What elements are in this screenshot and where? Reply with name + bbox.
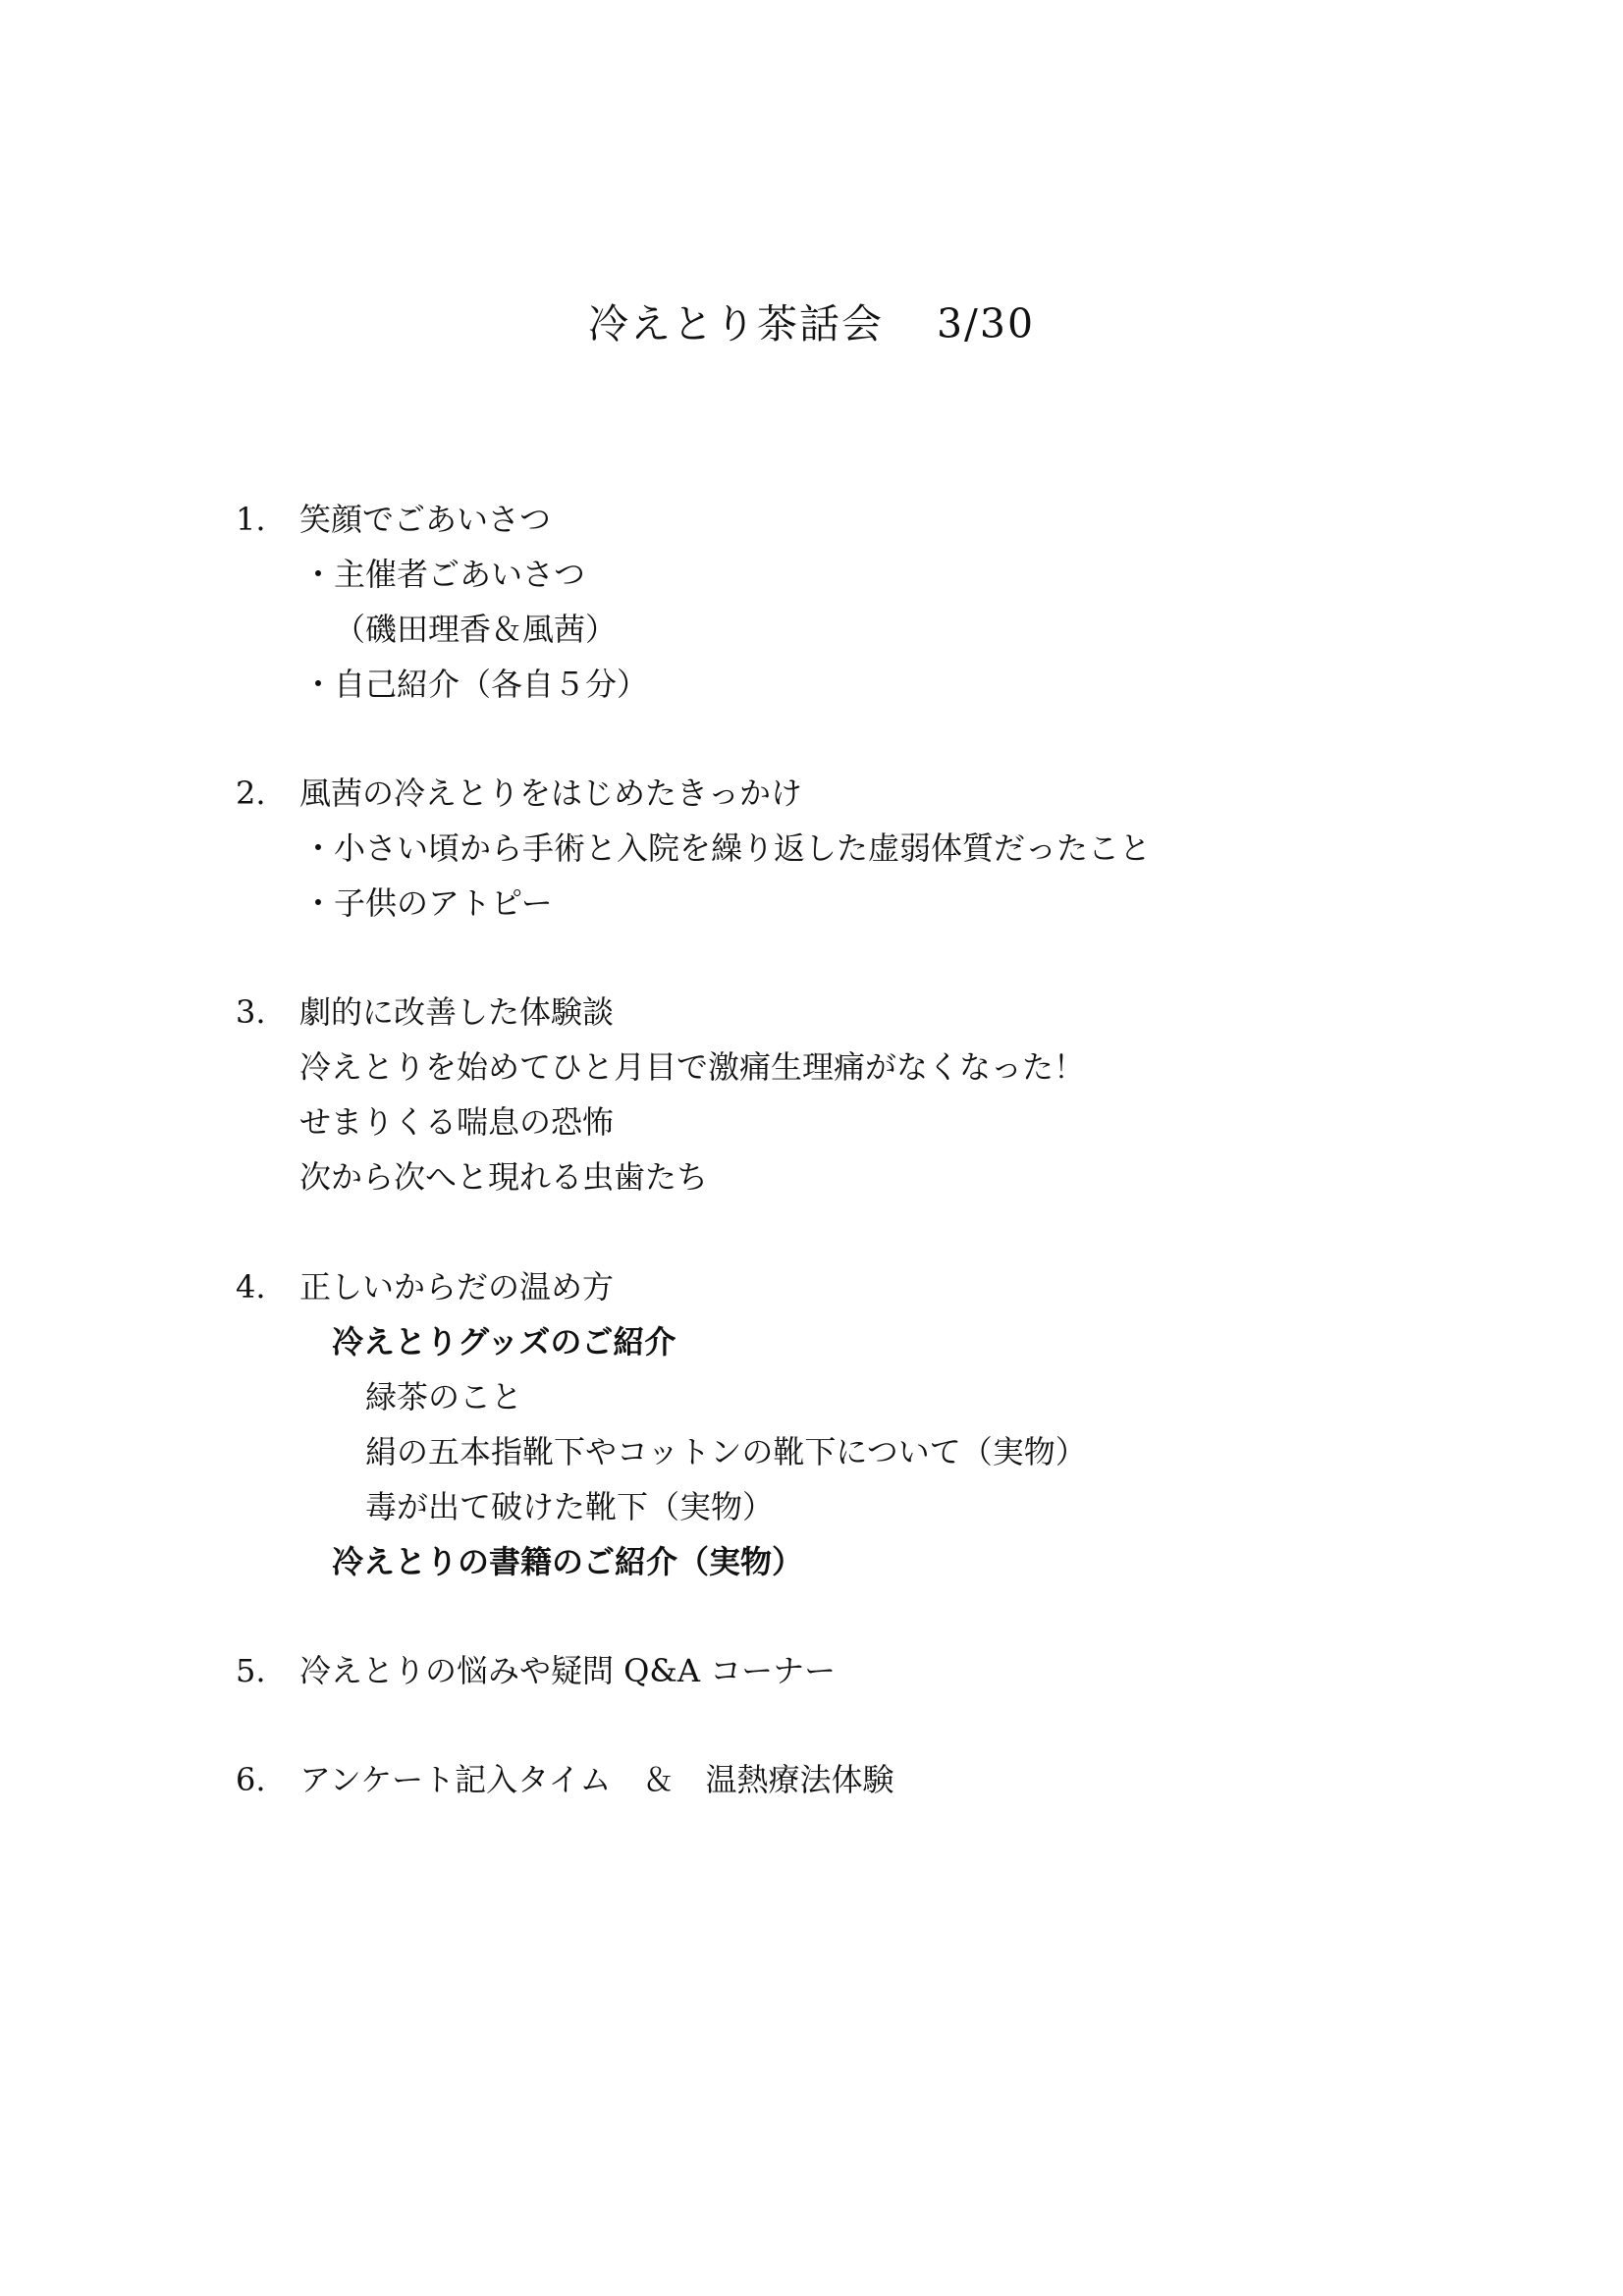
section-line: 毒が出て破けた靴下（実物） — [365, 1485, 774, 1528]
section-line: 絹の五本指靴下やコットンの靴下について（実物） — [365, 1430, 1087, 1473]
section-line: ・子供のアトピー — [302, 881, 553, 925]
section-subheading: 冷えとりグッズのご紹介 — [332, 1320, 676, 1363]
section-number: 5. — [236, 1649, 266, 1692]
section-line: （磯田理香＆風茜） — [334, 608, 617, 651]
section-heading: 正しいからだの温め方 — [299, 1265, 614, 1308]
section-line: 次から次へと現れる虫歯たち — [299, 1155, 708, 1199]
section-line: 緑茶のこと — [365, 1375, 522, 1418]
section-heading: 風茜の冷えとりをはじめたきっかけ — [299, 772, 802, 815]
section-number: 1. — [236, 498, 266, 541]
section-subheading: 冷えとりの書籍のご紹介（実物） — [332, 1540, 803, 1583]
section-heading: 劇的に改善した体験談 — [299, 990, 614, 1034]
section-heading: 笑顔でごあいさつ — [299, 498, 551, 541]
title-date: 3/30 — [937, 300, 1035, 347]
section-number: 6. — [236, 1758, 266, 1801]
section-line: ・主催者ごあいさつ — [302, 553, 585, 596]
section-heading: 冷えとりの悩みや疑問 Q&A コーナー — [299, 1649, 836, 1692]
section-line: ・小さい頃から手術と入院を繰り返した虚弱体質だったこと — [302, 827, 1151, 870]
document-title: 冷えとり茶話会3/30 — [0, 296, 1623, 351]
section-line: 冷えとりを始めてひと月目で激痛生理痛がなくなった！ — [299, 1045, 1085, 1089]
section-line: せまりくる喘息の恐怖 — [299, 1100, 614, 1144]
section-line: ・自己紹介（各自５分） — [302, 663, 648, 706]
section-number: 3. — [236, 990, 266, 1034]
section-number: 2. — [236, 772, 266, 815]
section-heading: アンケート記入タイム ＆ 温熱療法体験 — [299, 1758, 893, 1801]
section-number: 4. — [236, 1265, 266, 1308]
title-text: 冷えとり茶話会 — [588, 300, 884, 347]
